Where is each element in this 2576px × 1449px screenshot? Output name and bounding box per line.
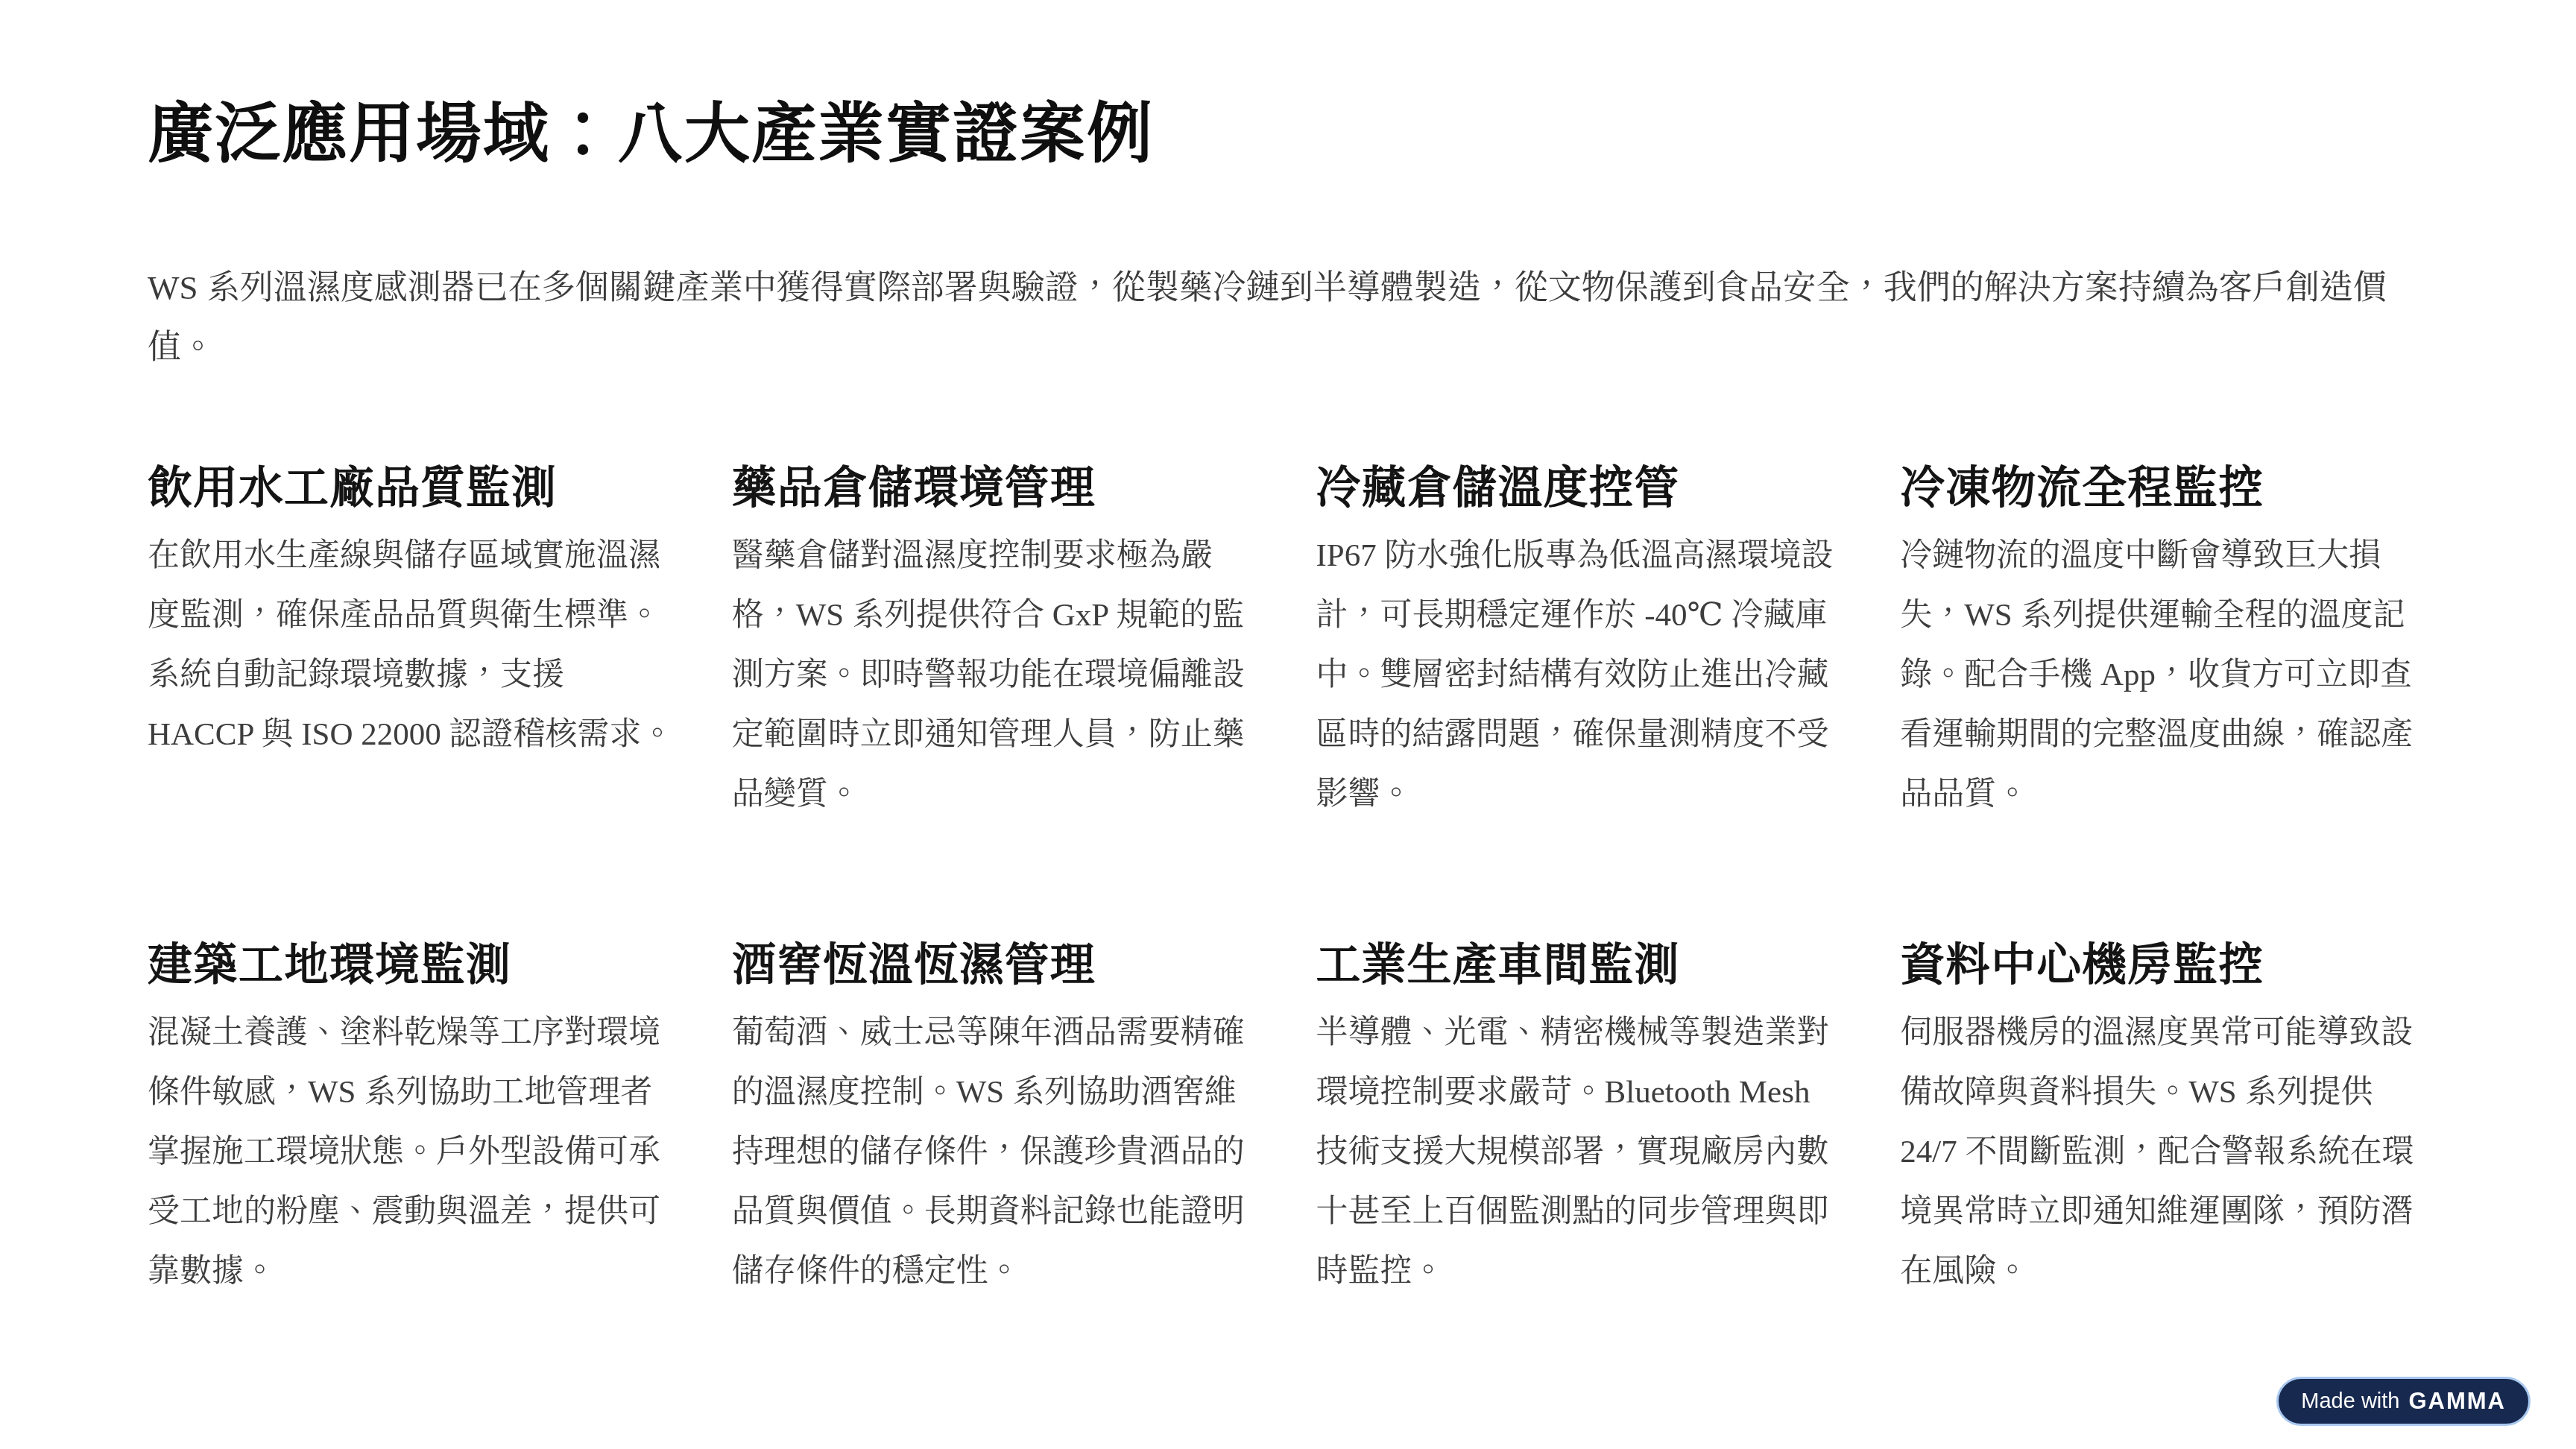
case-body: 葡萄酒、威士忌等陳年酒品需要精確的溫濕度控制。WS 系列協助酒窖維持理想的儲存條… xyxy=(732,1003,1259,1301)
case-title: 飲用水工廠品質監測 xyxy=(148,459,675,517)
case-card-construction-site: 建築工地環境監測 混凝土養護、塗料乾燥等工序對環境條件敏感，WS 系列協助工地管… xyxy=(148,936,675,1301)
case-title: 建築工地環境監測 xyxy=(148,936,675,994)
case-title: 資料中心機房監控 xyxy=(1900,936,2427,994)
case-card-frozen-logistics: 冷凍物流全程監控 冷鏈物流的溫度中斷會導致巨大損失，WS 系列提供運輸全程的溫度… xyxy=(1900,459,2427,824)
case-title: 工業生產車間監測 xyxy=(1316,936,1843,994)
intro-paragraph: WS 系列溫濕度感測器已在多個關鍵產業中獲得實際部署與驗證，從製藥冷鏈到半導體製… xyxy=(148,258,2427,377)
case-body: 醫藥倉儲對溫濕度控制要求極為嚴格，WS 系列提供符合 GxP 規範的監測方案。即… xyxy=(732,526,1259,824)
case-title: 酒窖恆溫恆濕管理 xyxy=(732,936,1259,994)
gamma-logo: GAMMA xyxy=(2408,1388,2506,1415)
case-card-wine-cellar: 酒窖恆溫恆濕管理 葡萄酒、威士忌等陳年酒品需要精確的溫濕度控制。WS 系列協助酒… xyxy=(732,936,1259,1301)
case-card-drinking-water: 飲用水工廠品質監測 在飲用水生產線與儲存區域實施溫濕度監測，確保產品品質與衛生標… xyxy=(148,459,675,824)
case-body: 伺服器機房的溫濕度異常可能導致設備故障與資料損失。WS 系列提供 24/7 不間… xyxy=(1900,1003,2427,1301)
case-title: 藥品倉儲環境管理 xyxy=(732,459,1259,517)
case-card-pharma-warehouse: 藥品倉儲環境管理 醫藥倉儲對溫濕度控制要求極為嚴格，WS 系列提供符合 GxP … xyxy=(732,459,1259,824)
case-body: 在飲用水生產線與儲存區域實施溫濕度監測，確保產品品質與衛生標準。系統自動記錄環境… xyxy=(148,526,675,765)
case-title: 冷凍物流全程監控 xyxy=(1900,459,2427,517)
case-grid: 飲用水工廠品質監測 在飲用水生產線與儲存區域實施溫濕度監測，確保產品品質與衛生標… xyxy=(148,459,2427,1301)
case-body: IP67 防水強化版專為低溫高濕環境設計，可長期穩定運作於 -40℃ 冷藏庫中。… xyxy=(1316,526,1843,824)
case-body: 混凝土養護、塗料乾燥等工序對環境條件敏感，WS 系列協助工地管理者掌握施工環境狀… xyxy=(148,1003,675,1301)
slide: 廣泛應用場域：八大產業實證案例 WS 系列溫濕度感測器已在多個關鍵產業中獲得實際… xyxy=(0,0,2576,1449)
page-title: 廣泛應用場域：八大產業實證案例 xyxy=(148,95,2427,174)
case-title: 冷藏倉儲溫度控管 xyxy=(1316,459,1843,517)
case-card-cold-storage: 冷藏倉儲溫度控管 IP67 防水強化版專為低溫高濕環境設計，可長期穩定運作於 -… xyxy=(1316,459,1843,824)
case-card-data-center: 資料中心機房監控 伺服器機房的溫濕度異常可能導致設備故障與資料損失。WS 系列提… xyxy=(1900,936,2427,1301)
case-body: 冷鏈物流的溫度中斷會導致巨大損失，WS 系列提供運輸全程的溫度記錄。配合手機 A… xyxy=(1900,526,2427,824)
case-body: 半導體、光電、精密機械等製造業對環境控制要求嚴苛。Bluetooth Mesh … xyxy=(1316,1003,1843,1301)
made-with-gamma-badge[interactable]: Made with GAMMA xyxy=(2276,1377,2531,1426)
badge-prefix-label: Made with xyxy=(2301,1389,2399,1414)
case-card-industrial-workshop: 工業生產車間監測 半導體、光電、精密機械等製造業對環境控制要求嚴苛。Blueto… xyxy=(1316,936,1843,1301)
